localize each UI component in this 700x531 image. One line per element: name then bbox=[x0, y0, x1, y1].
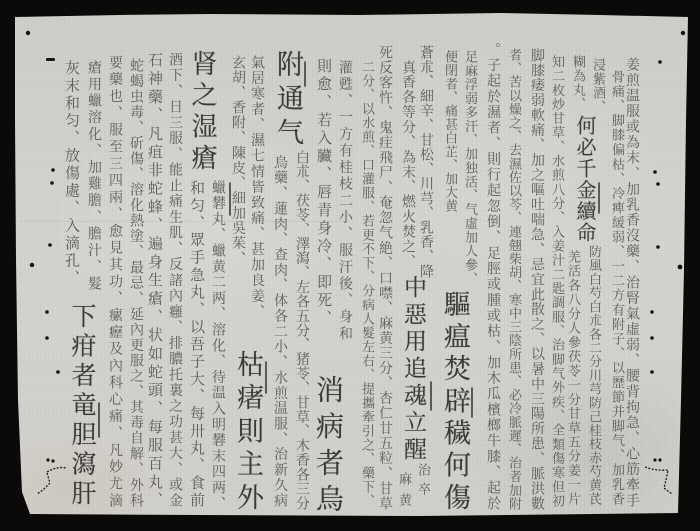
binding-hole-dot bbox=[56, 370, 60, 374]
binding-hole-dot bbox=[656, 182, 660, 186]
emphasis-lines bbox=[99, 62, 599, 437]
binding-hole-dot bbox=[653, 170, 657, 174]
binding-hole-dot bbox=[650, 310, 654, 314]
binding-hole-dot bbox=[30, 263, 34, 267]
ink-dash bbox=[46, 58, 55, 61]
page-marks bbox=[0, 0, 700, 531]
binding-hole-dot bbox=[658, 60, 662, 64]
binding-hole-dot bbox=[45, 336, 49, 340]
squiggle-dot bbox=[46, 458, 49, 461]
binding-hole-dot bbox=[678, 265, 683, 270]
corner-squiggles bbox=[37, 467, 672, 494]
squiggle-right bbox=[645, 467, 672, 494]
squiggle-dot bbox=[658, 458, 661, 461]
binding-hole-dot bbox=[48, 243, 52, 247]
binding-hole-dot bbox=[26, 31, 30, 35]
binding-hole-dot bbox=[656, 245, 660, 249]
binding-hole-dot bbox=[50, 181, 54, 185]
squiggle-dot bbox=[653, 458, 656, 461]
binding-holes bbox=[26, 31, 685, 463]
manuscript-page: 姜煎温服或為末、加乳香沒藥、治腎氣虛弱、腰背拘急、心筋牽手 骨痛、脚膝偏枯、冷痺… bbox=[0, 0, 700, 531]
binding-hole-dot bbox=[45, 310, 49, 314]
squiggle-left bbox=[37, 468, 67, 495]
binding-hole-dot bbox=[681, 31, 685, 35]
binding-hole-dot bbox=[51, 168, 55, 172]
binding-hole-dot bbox=[650, 336, 654, 340]
squiggle-dot bbox=[51, 459, 54, 462]
binding-hole-dot bbox=[650, 370, 654, 374]
